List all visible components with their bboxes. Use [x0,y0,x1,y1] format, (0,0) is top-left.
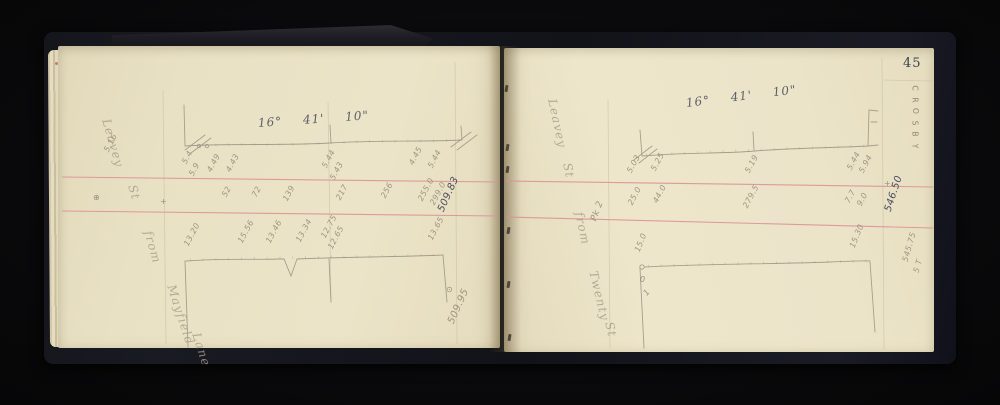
photo-of-notebook: 16° 41' 10"LeaveyStfromMayfieldLane5.165… [0,0,1000,405]
margin-letter: C [911,85,920,91]
margin-letter: S [910,120,919,126]
margin-letter: O [911,108,920,115]
right-page [504,48,934,352]
page-number: 45 [903,56,922,71]
margin-letter: Y [910,143,919,149]
margin-letter: R [911,97,920,103]
margin-letter: B [911,131,920,137]
left-page [58,46,500,348]
